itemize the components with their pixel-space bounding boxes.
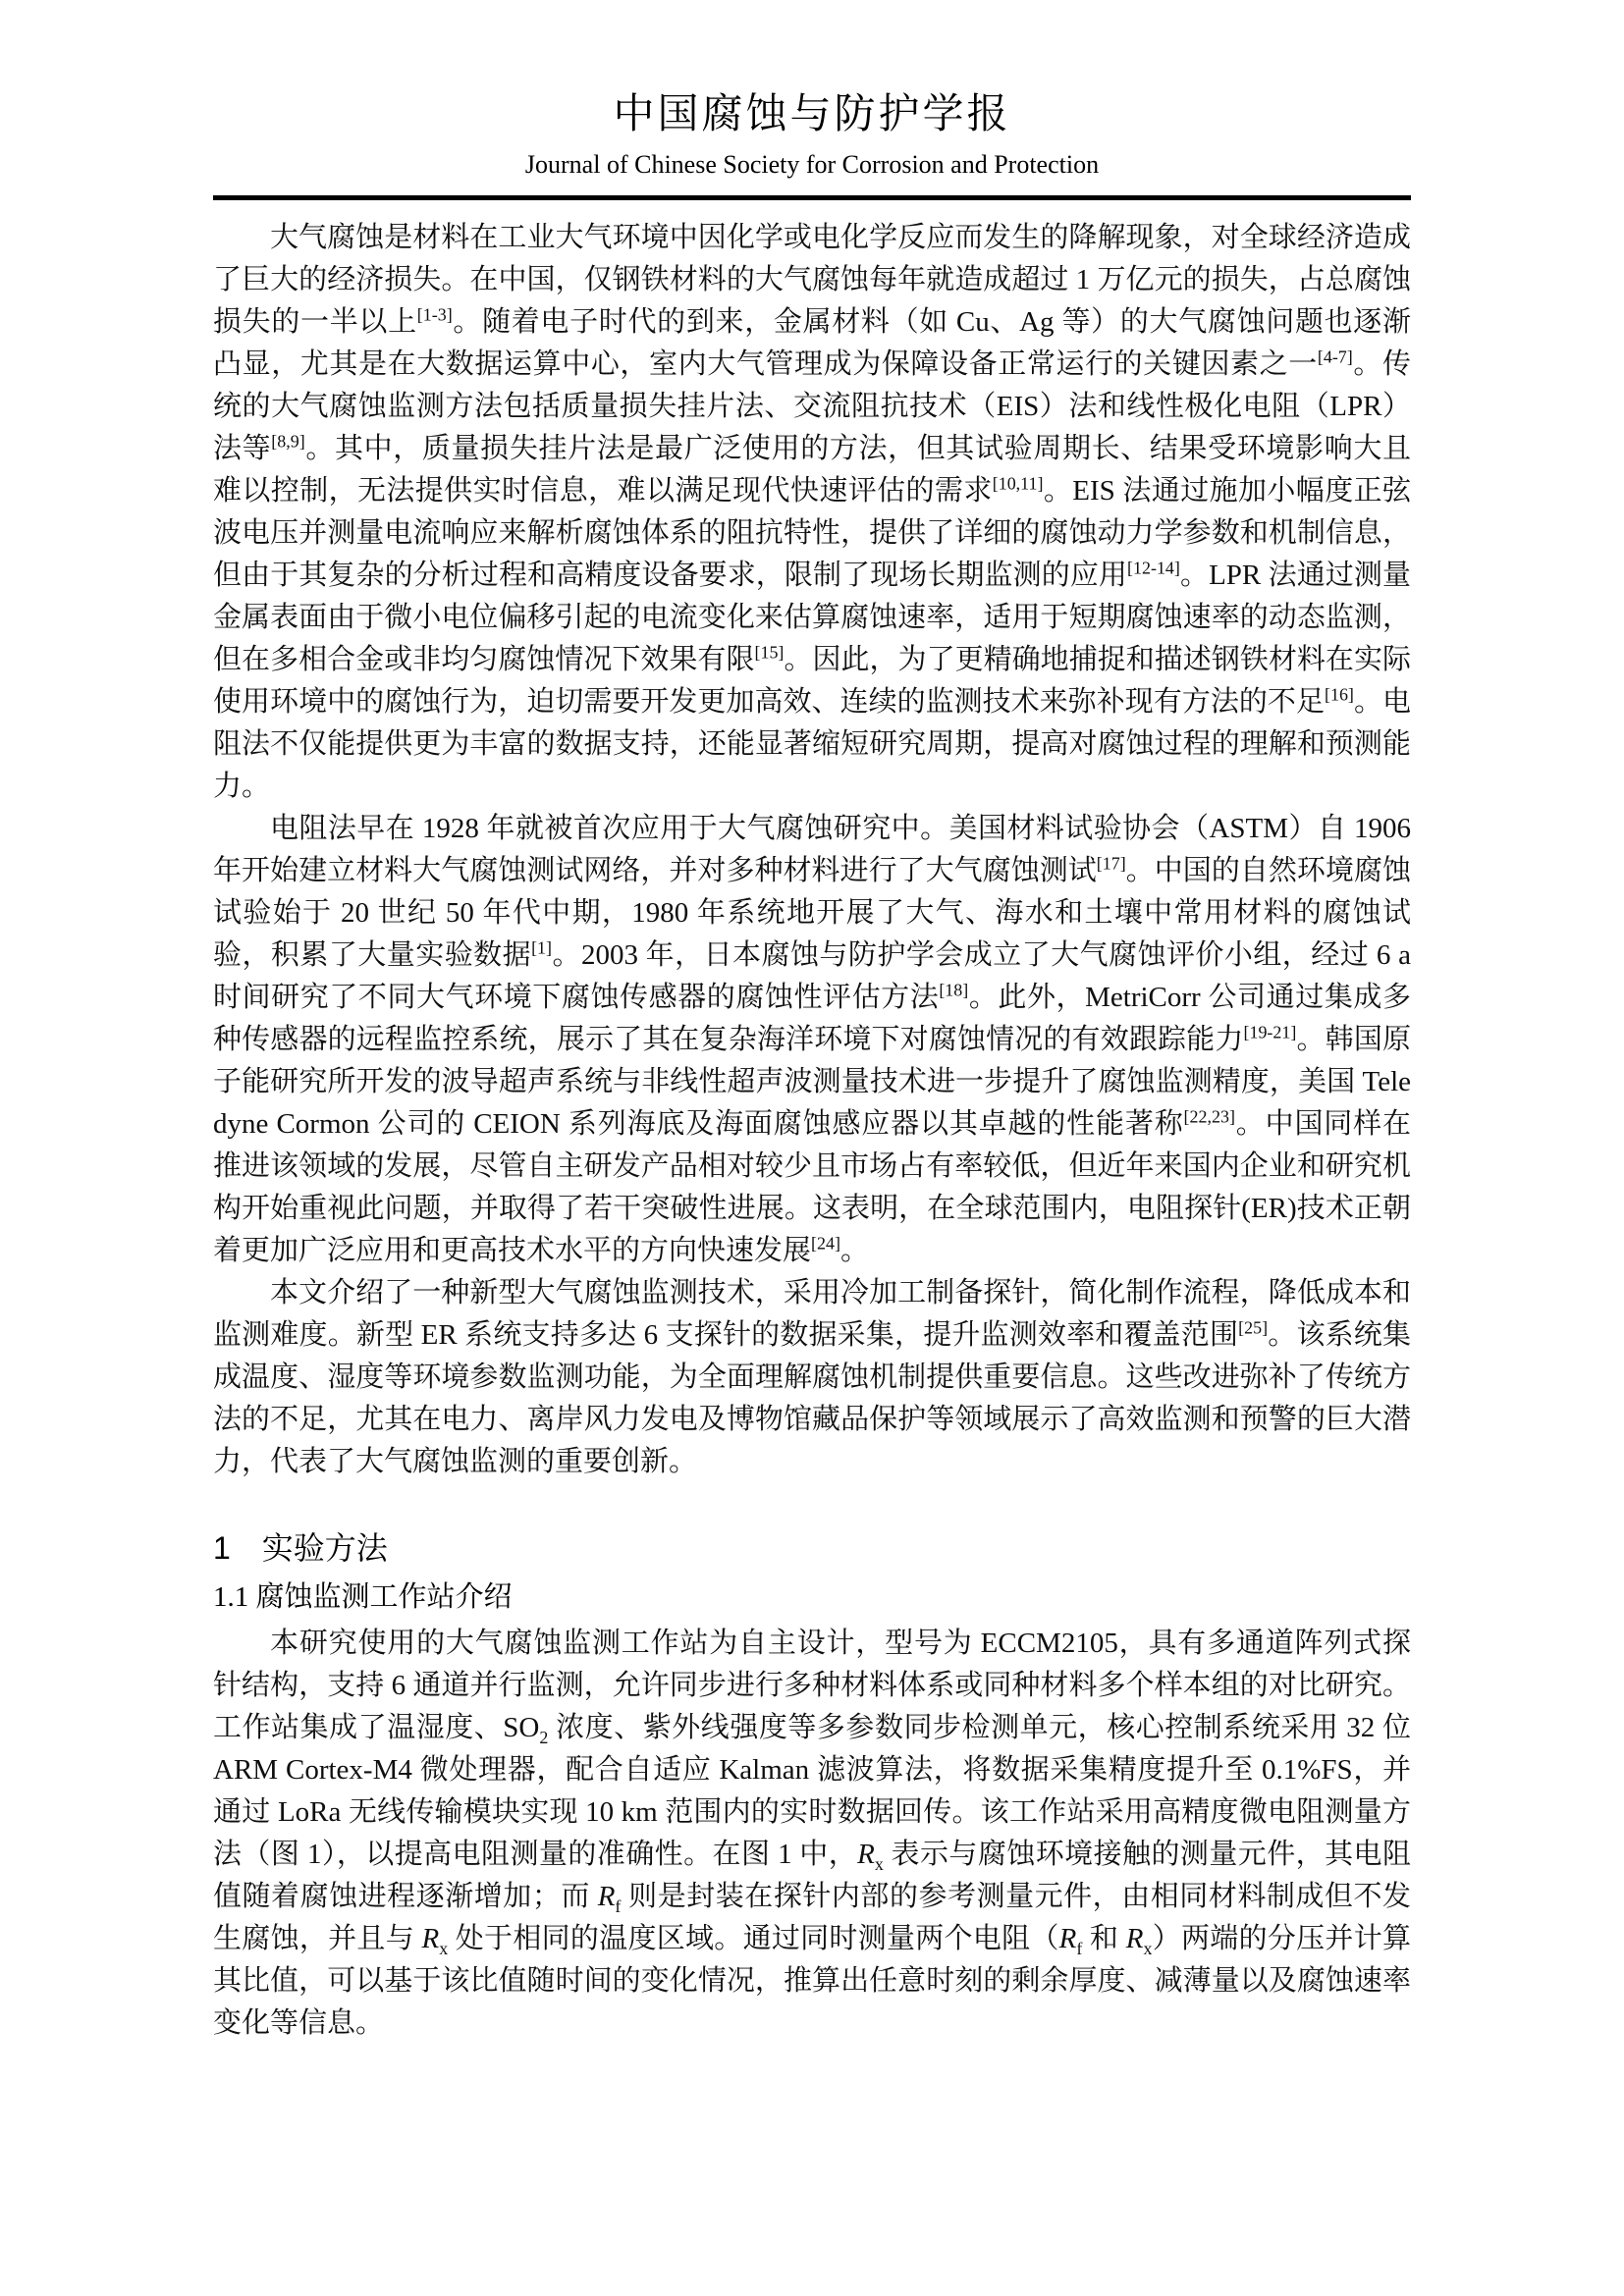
journal-title-en: Journal of Chinese Society for Corrosion…: [213, 149, 1411, 181]
paragraph-methods-1: 本研究使用的大气腐蚀监测工作站为自主设计，型号为 ECCM2105，具有多通道阵…: [213, 1623, 1411, 2045]
paragraph-intro-1: 大气腐蚀是材料在工业大气环境中因化学或电化学反应而发生的降解现象，对全球经济造成…: [213, 217, 1411, 808]
journal-title-zh: 中国腐蚀与防护学报: [213, 90, 1411, 139]
document-page: 中国腐蚀与防护学报 Journal of Chinese Society for…: [0, 0, 1624, 2296]
article-body: 大气腐蚀是材料在工业大气环境中因化学或电化学反应而发生的降解现象，对全球经济造成…: [213, 217, 1411, 2045]
paragraph-intro-3: 本文介绍了一种新型大气腐蚀监测技术，采用冷加工制备探针，简化制作流程，降低成本和…: [213, 1272, 1411, 1483]
header-rule: [213, 195, 1411, 200]
subsection-heading-workstation-intro: 1.1 腐蚀监测工作站介绍: [213, 1577, 1411, 1617]
section-heading-experimental-methods: 1 实验方法: [213, 1528, 1411, 1568]
journal-header: 中国腐蚀与防护学报 Journal of Chinese Society for…: [213, 90, 1411, 200]
paragraph-intro-2: 电阻法早在 1928 年就被首次应用于大气腐蚀研究中。美国材料试验协会（ASTM…: [213, 808, 1411, 1272]
